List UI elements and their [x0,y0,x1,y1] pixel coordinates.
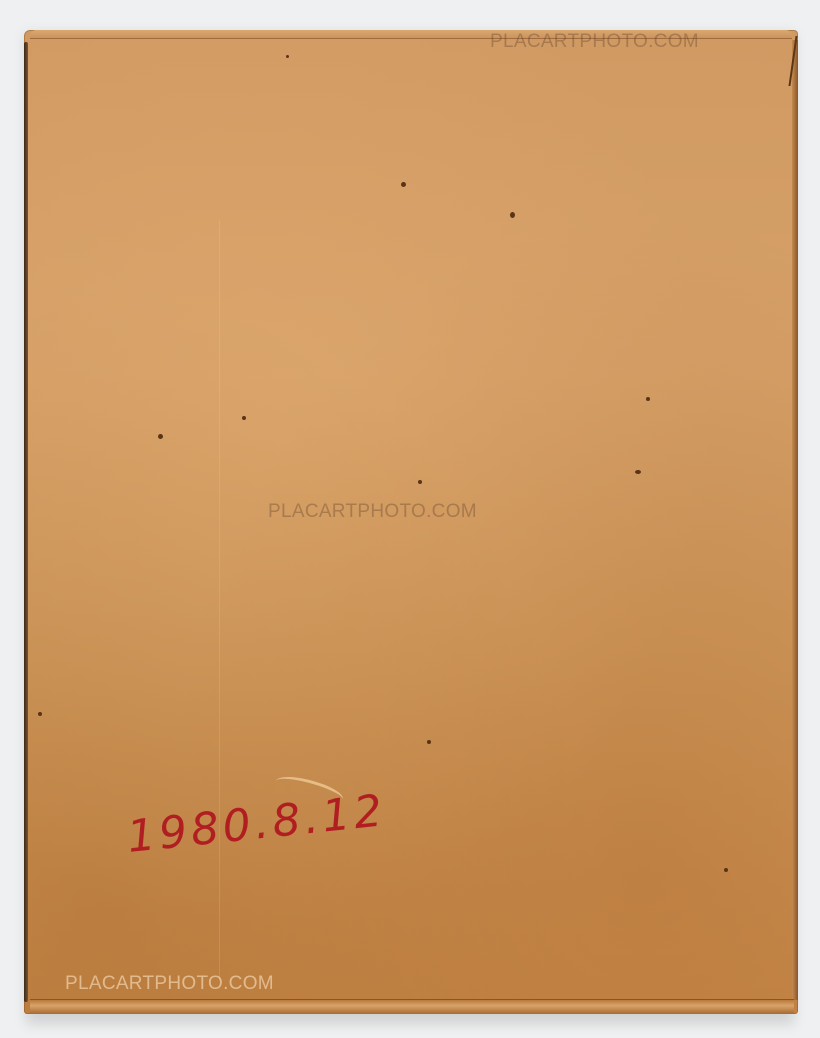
cover-right-edge [792,40,798,1000]
watermark-top: PLACARTPHOTO.COM [490,31,699,53]
speck [38,712,42,716]
speck [635,470,641,474]
speck [724,868,728,872]
speck [401,182,406,187]
speck [242,416,246,420]
speck [510,212,515,218]
spine-edge [24,42,28,1002]
speck [427,740,431,744]
speck [286,55,289,58]
speck [158,434,163,439]
watermark-middle: PLACARTPHOTO.COM [268,501,477,523]
paper-crease [219,220,220,980]
watermark-bottom: PLACARTPHOTO.COM [65,973,274,995]
speck [418,480,422,484]
speck [646,397,650,401]
cover-bottom-edge [30,999,794,1014]
